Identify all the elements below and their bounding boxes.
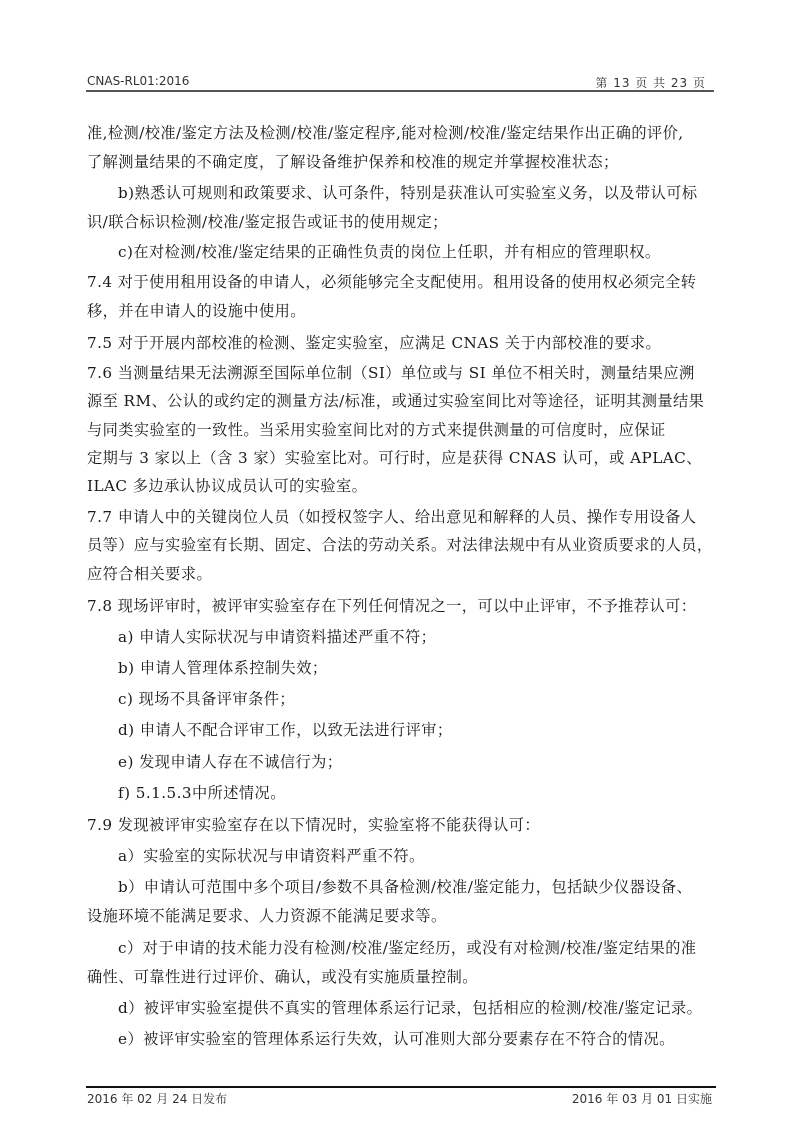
list-item: e) 发现申请人存在不诚信行为；	[118, 752, 718, 772]
body-line: ILAC 多边承认协议成员认可的实验室。	[87, 476, 717, 496]
body-line: 移，并在申请人的设施中使用。	[87, 301, 717, 321]
clause-7-6: 7.6 当测量结果无法溯源至国际单位制（SI）单位或与 SI 单位不相关时，测量…	[87, 363, 717, 383]
list-item: e）被评审实验室的管理体系运行失效，认可准则大部分要素存在不符合的情况。	[118, 1029, 718, 1049]
list-item: a）实验室的实际状况与申请资料严重不符。	[118, 846, 718, 866]
body-line: 员等）应与实验室有长期、固定、合法的劳动关系。对法律法规中有从业资质要求的人员，	[87, 535, 717, 555]
list-item: d）被评审实验室提供不真实的管理体系运行记录，包括相应的检测/校准/鉴定记录。	[118, 998, 718, 1018]
body-line: 应符合相关要求。	[87, 564, 717, 584]
clause-7-4: 7.4 对于使用租用设备的申请人，必须能够完全支配使用。租用设备的使用权必须完全…	[87, 272, 717, 292]
body-line: 确性、可靠性进行过评价、确认，或没有实施质量控制。	[87, 967, 717, 987]
clause-7-7: 7.7 申请人中的关键岗位人员（如授权签字人、给出意见和解释的人员、操作专用设备…	[87, 507, 717, 527]
list-item: c) 现场不具备评审条件；	[118, 689, 718, 709]
page-header: CNAS-RL01:2016 第 13 页 共 23 页	[86, 72, 714, 90]
list-item: d) 申请人不配合评审工作，以致无法进行评审；	[118, 720, 718, 740]
body-line: 准,检测/校准/鉴定方法及检测/校准/鉴定程序,能对检测/校准/鉴定结果作出正确…	[87, 123, 717, 143]
list-item: b）申请认可范围中多个项目/参数不具备检测/校准/鉴定能力，包括缺少仪器设备、	[118, 877, 718, 897]
body-line: 定期与 3 家以上（含 3 家）实验室比对。可行时，应是获得 CNAS 认可，或…	[87, 448, 717, 468]
clause-7-8: 7.8 现场评审时，被评审实验室存在下列任何情况之一，可以中止评审，不予推荐认可…	[87, 596, 717, 616]
list-item: f) 5.1.5.3中所述情况。	[118, 783, 718, 803]
footer-divider	[86, 1086, 716, 1088]
issue-date: 2016 年 02 月 24 日发布	[87, 1090, 227, 1107]
body-line: c)在对检测/校准/鉴定结果的正确性负责的岗位上任职，并有相应的管理职权。	[118, 242, 718, 262]
body-line: 源至 RM、公认的或约定的测量方法/标准，或通过实验室间比对等途径，证明其测量结…	[87, 391, 717, 411]
document-code: CNAS-RL01:2016	[87, 74, 189, 88]
body-line: b)熟悉认可规则和政策要求、认可条件，特别是获准认可实验室义务，以及带认可标	[118, 183, 718, 203]
clause-7-5: 7.5 对于开展内部校准的检测、鉴定实验室，应满足 CNAS 关于内部校准的要求…	[87, 333, 717, 353]
clause-7-9: 7.9 发现被评审实验室存在以下情况时，实验室将不能获得认可：	[87, 815, 717, 835]
page-number: 第 13 页 共 23 页	[595, 74, 706, 91]
body-line: 识/联合标识检测/校准/鉴定报告或证书的使用规定；	[87, 212, 717, 232]
list-item: a) 申请人实际状况与申请资料描述严重不符；	[118, 627, 718, 647]
body-line: 设施环境不能满足要求、人力资源不能满足要求等。	[87, 906, 717, 926]
header-divider	[86, 90, 714, 92]
body-line: 与同类实验室的一致性。当采用实验室间比对的方式来提供测量的可信度时，应保证	[87, 420, 717, 440]
effective-date: 2016 年 03 月 01 日实施	[572, 1090, 712, 1107]
list-item: b) 申请人管理体系控制失效；	[118, 658, 718, 678]
list-item: c）对于申请的技术能力没有检测/校准/鉴定经历，或没有对检测/校准/鉴定结果的准	[118, 938, 718, 958]
body-line: 了解测量结果的不确定度，了解设备维护保养和校准的规定并掌握校准状态；	[87, 152, 717, 172]
